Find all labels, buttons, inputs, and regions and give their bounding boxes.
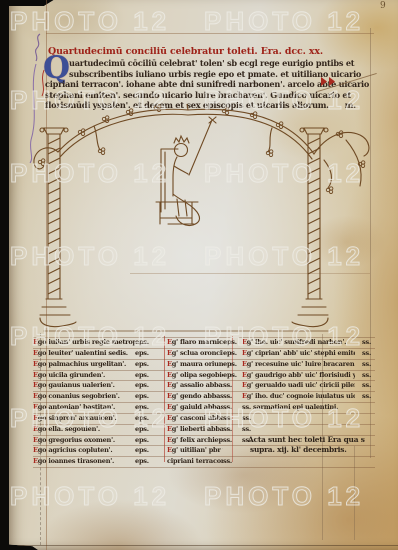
subscription-s3	[355, 414, 375, 424]
subscription-s1: eps.	[135, 436, 161, 446]
subscription-row: Ego ella. segouien'.eps.Eg' lieberti abb…	[33, 425, 375, 436]
subscription-c1: Ego ella. segouien'.	[33, 425, 135, 435]
subscription-c3: ss. sarmatiani epi ualentini.	[242, 403, 355, 413]
subscription-s2: ss.	[223, 403, 238, 413]
subscription-row: Ego ioannes tirasonen'.eps.cipriani terr…	[33, 457, 375, 468]
subscription-s3	[355, 403, 375, 413]
left-column	[40, 128, 76, 327]
subscription-s1: eps.	[135, 414, 161, 424]
subscription-s2: eps.	[223, 360, 238, 370]
subscription-s2: eps.	[223, 338, 238, 348]
subscription-row: Ego leuiter' ualentini sedis.eps.Eg' scl…	[33, 349, 375, 360]
subscription-s1: eps.	[135, 360, 161, 370]
colophon: Acta sunt hec toleti Era qua s supra. xi…	[248, 435, 372, 455]
subscription-c3: Eg' iho. uic' sunifredi narbon'.	[242, 338, 355, 348]
subscription-c3: Eg' gaudrigo abb' uic' florisiudi yspali	[242, 371, 355, 381]
subscription-c2: Eg' maura oriunei.	[167, 360, 223, 370]
subscription-s1: eps.	[135, 446, 161, 456]
seated-king-figure	[156, 117, 216, 226]
subscription-s3: ss.	[355, 392, 375, 402]
subscription-c2: Eg' uitilian' pbr uicarii.	[167, 446, 223, 456]
folio-number: 9	[380, 1, 386, 11]
text-line: uartudecimū cōciliū celebrat' tolen' sb …	[45, 58, 379, 69]
subscription-c3: Eg' recesuine uic' luire bracaren'.	[242, 360, 355, 370]
subscription-s3	[355, 425, 375, 435]
subscription-c1: Ego uicila girunden'.	[33, 371, 135, 381]
subscription-c2: Eg' olipa segobien'.	[167, 371, 223, 381]
red-paraph-mark	[321, 77, 337, 86]
subscription-row: Ego palmachius urgelitan'.eps.Eg' maura …	[33, 360, 375, 371]
subscription-c3: Eg' ciprian' abb' uic' stephi emiten'.	[242, 349, 355, 359]
subscription-c2: Eg' sclua oroncii.	[167, 349, 223, 359]
subscription-s3: ss.	[355, 338, 375, 348]
subscription-c2: Eg' felix archieps.	[167, 436, 223, 446]
subscription-c2: Eg' gendo abbas.	[167, 392, 223, 402]
subscription-s1: eps.	[135, 425, 161, 435]
subscription-row: Ego sinpron' arcauicen'.eps.Eg' casconi …	[33, 414, 375, 425]
subscription-c1: Ego sinpron' arcauicen'.	[33, 414, 135, 424]
subscription-c2: cipriani terracon'.	[167, 457, 223, 467]
subscription-row: Ego conanius segobrien'.eps.Eg' gendo ab…	[33, 392, 375, 403]
subscription-c2: Eg' casconi abbas.	[167, 414, 223, 424]
subscription-c1: Ego gauianus ualerien'.	[33, 381, 135, 391]
colophon-line: Acta sunt hec toleti Era qua s	[248, 435, 372, 445]
subscription-c1: Ego leuiter' ualentini sedis.	[33, 349, 135, 359]
subscription-s1: eps.	[135, 371, 161, 381]
subscription-s1: eps.	[135, 381, 161, 391]
subscription-c1: Ego conanius segobrien'.	[33, 392, 135, 402]
subscription-s1: eps.	[135, 457, 161, 467]
subscription-c3: Eg' iho. duc' cognoie iuulatus uicarii.	[242, 392, 355, 402]
subscription-row: Ego antonian' bastitan'.eps.Eg' gaiuld a…	[33, 403, 375, 414]
subscription-c1: Ego palmachius urgelitan'.	[33, 360, 135, 370]
subscription-s3: ss.	[355, 371, 375, 381]
subscription-s1: eps.	[135, 403, 161, 413]
subscription-s2: ss.	[223, 436, 238, 446]
subscription-c2: Eg' assalio abbas.	[167, 381, 223, 391]
subscription-s2: ss.	[223, 457, 238, 467]
subscription-s3: ss.	[355, 360, 375, 370]
subscription-c1: Ego agricius copluten'.	[33, 446, 135, 456]
subscription-c2: Eg' gaiuld abbas.	[167, 403, 223, 413]
right-column	[292, 128, 328, 327]
subscription-s2: ss.	[223, 425, 238, 435]
subscription-c3: ss.	[242, 425, 355, 435]
subscription-c1: Ego iulian' urbis regie metrop.	[33, 338, 135, 348]
manuscript-photo-page: 9 Quartudecimū conciliū celebratur tolet…	[0, 0, 398, 550]
subscription-row: Ego iulian' urbis regie metrop.eps.Eg' f…	[33, 338, 375, 349]
subscription-c1: Ego antonian' bastitan'.	[33, 403, 135, 413]
subscription-s2: ss.	[223, 392, 238, 402]
subscription-c1: Ego ioannes tirasonen'.	[33, 457, 135, 467]
subscription-s3: ss.	[355, 381, 375, 391]
text-line: stephani emiten'. secundo uicario luire …	[45, 90, 379, 101]
subscription-row: Ego uicila girunden'.eps.Eg' olipa segob…	[33, 371, 375, 382]
subscription-s1: eps.	[135, 392, 161, 402]
subscription-s3	[355, 457, 375, 467]
colophon-line: supra. xij. kl' decembris.	[248, 445, 372, 455]
subscription-c2: Eg' flaro marnicani.	[167, 338, 223, 348]
subscription-s1: eps.	[135, 349, 161, 359]
subscription-s3: ss.	[355, 349, 375, 359]
rubric-title: Quartudecimū conciliū celebratur toleti.…	[48, 46, 378, 57]
subscription-c3	[242, 457, 355, 467]
subscription-row: Ego gauianus ualerien'.eps.Eg' assalio a…	[33, 381, 375, 392]
subscription-c3: ss.	[242, 414, 355, 424]
subscription-c2: Eg' lieberti abbas.	[167, 425, 223, 435]
subscription-c3: Eg' gerualdo uadi uic' ciricii pilent'.	[242, 381, 355, 391]
subscription-c1: Ego gregorius oxomen'.	[33, 436, 135, 446]
subscription-s2: ss.	[223, 381, 238, 391]
subscription-s2: ss.	[223, 414, 238, 424]
subscription-s1: eps.	[135, 338, 161, 348]
subscription-s2: eps.	[223, 371, 238, 381]
subscription-s2: eps.	[223, 349, 238, 359]
subscription-s2	[223, 446, 238, 456]
king-enthroned-miniature	[28, 104, 380, 336]
